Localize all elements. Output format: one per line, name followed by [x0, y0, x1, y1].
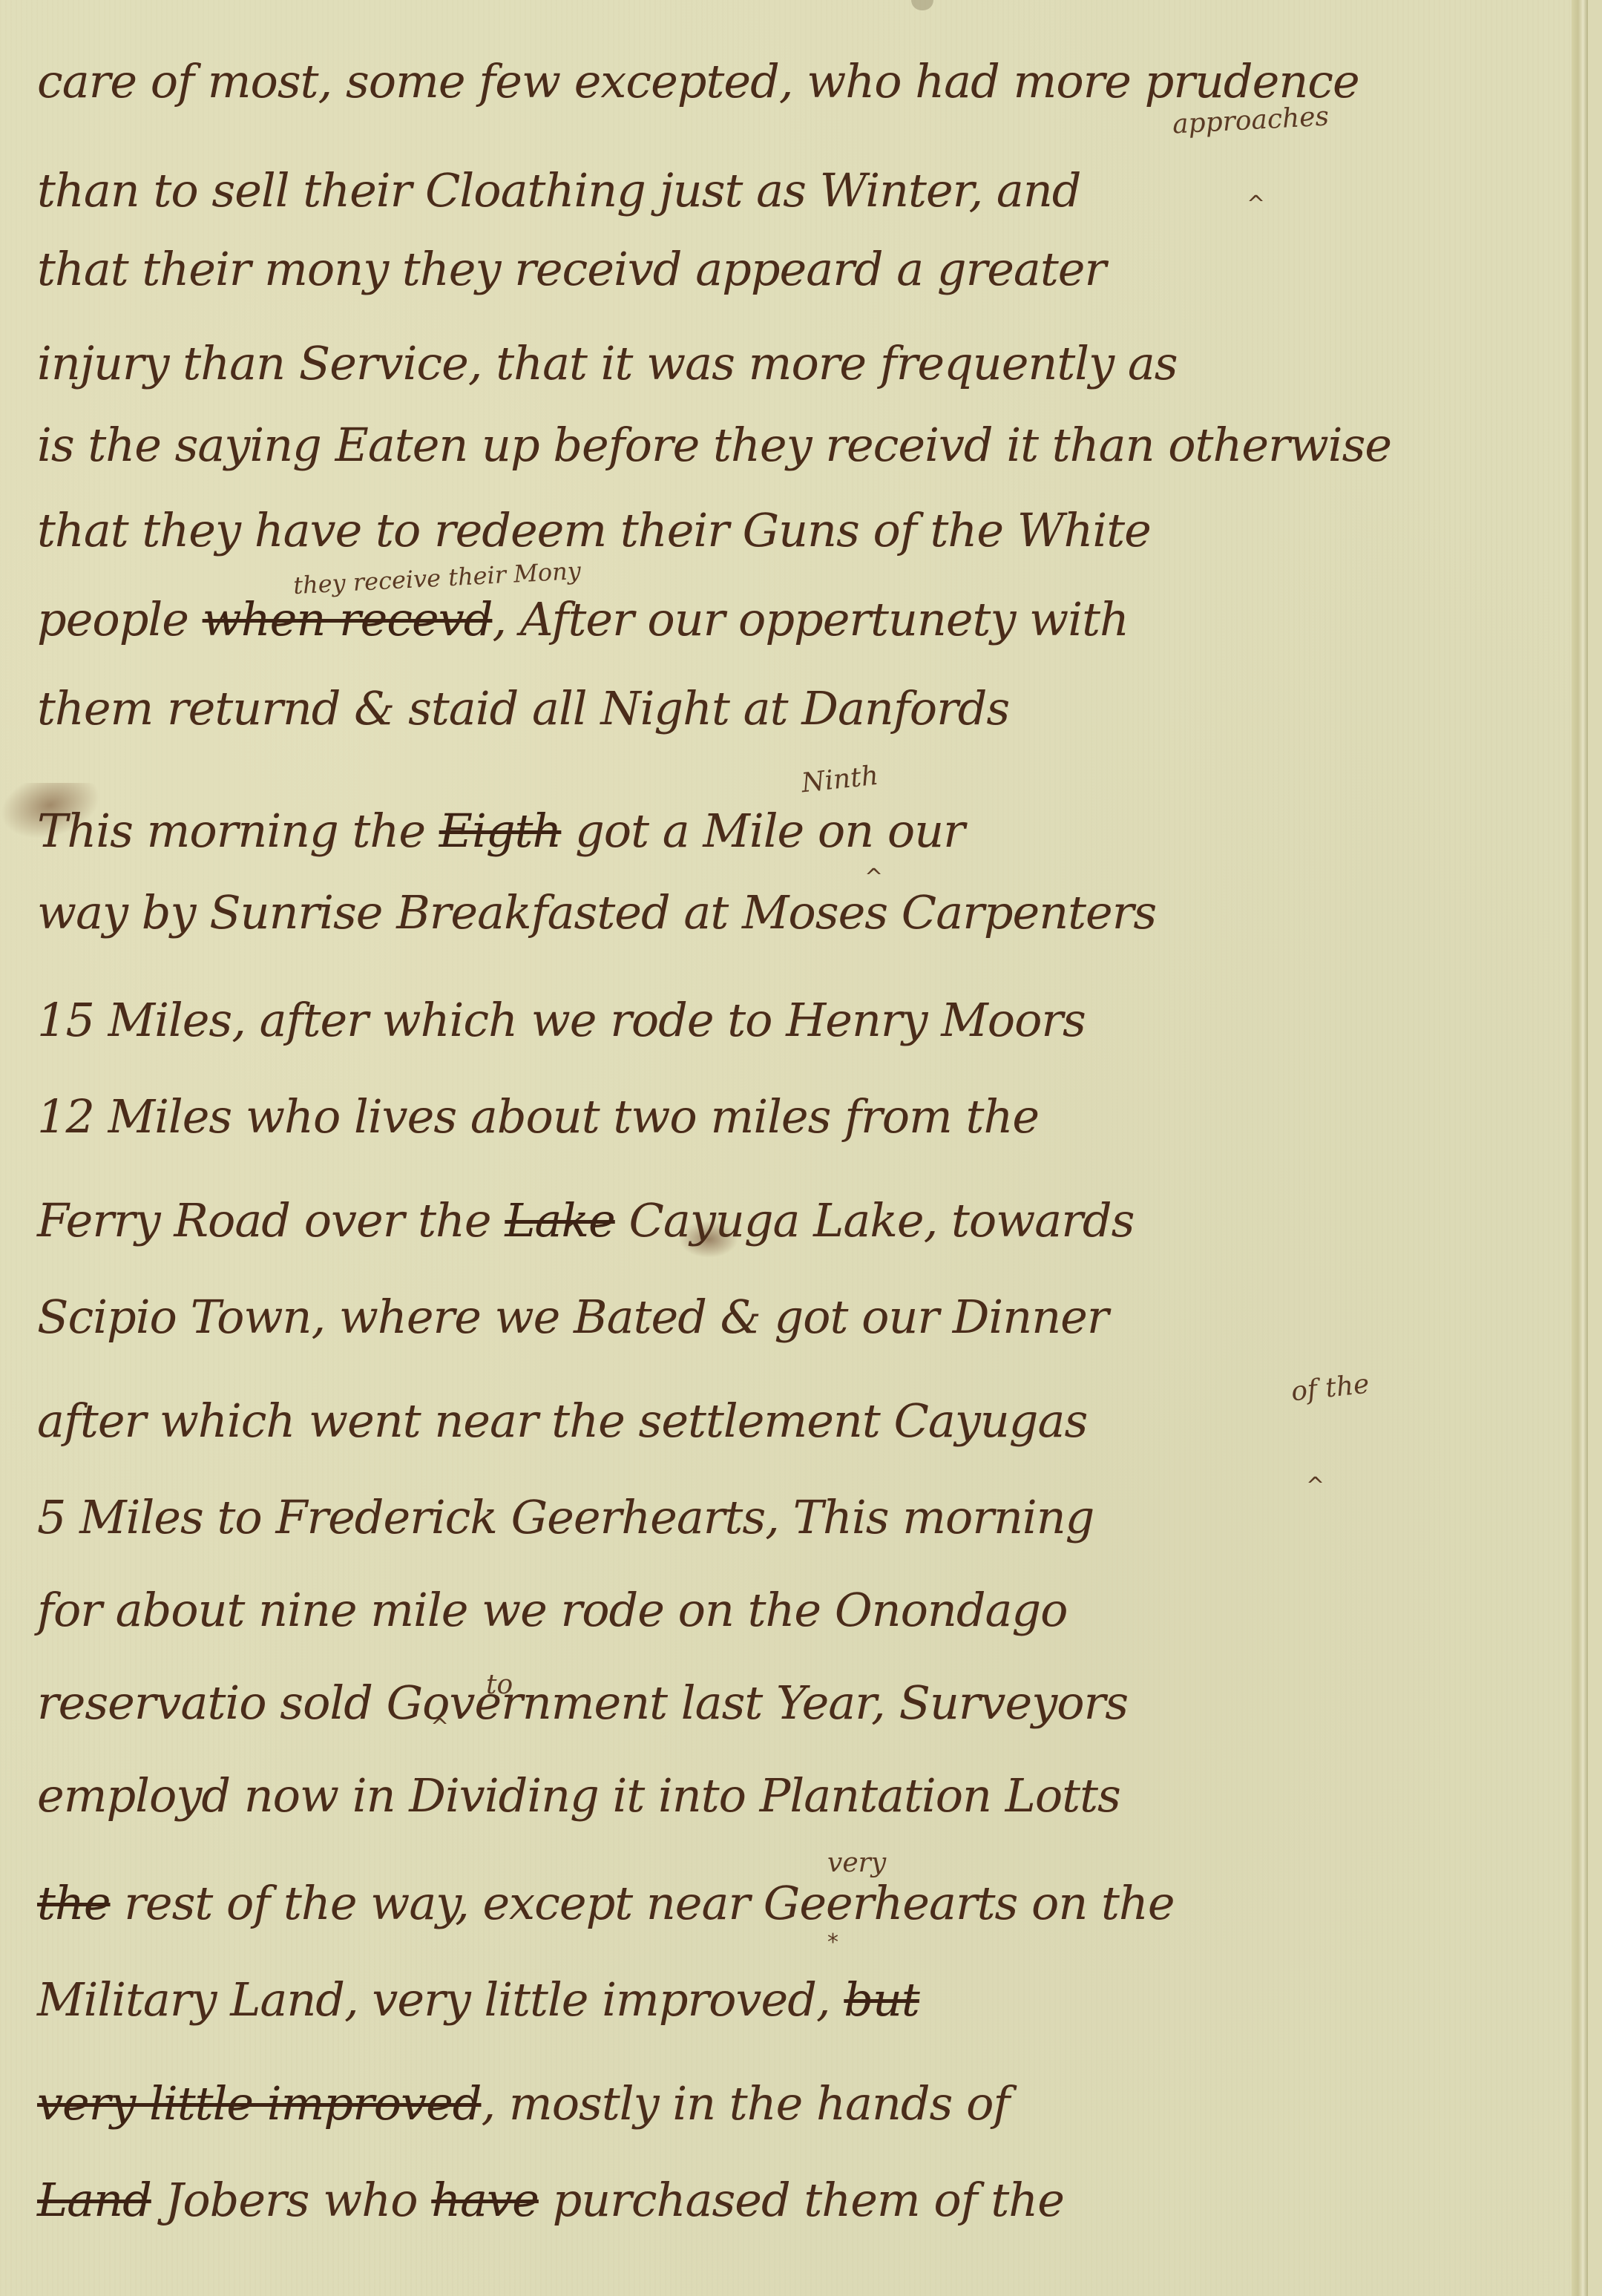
- manuscript-line-21: Military Land, very little improved, but: [37, 1974, 1566, 2026]
- struck-text: Land: [37, 2173, 151, 2227]
- manuscript-line-2: than to sell their Cloathing just as Win…: [37, 165, 1566, 217]
- manuscript-page: approaches ^ they receive their Mony Nin…: [0, 0, 1588, 2296]
- manuscript-line-23: Land Jobers who have purchased them of t…: [37, 2174, 1566, 2226]
- manuscript-line-7: people when recevd, After our oppertunet…: [37, 594, 1566, 646]
- manuscript-line-6: that they have to redeem their Guns of t…: [37, 505, 1566, 557]
- struck-text: very little improved: [37, 2076, 482, 2131]
- manuscript-line-1: care of most, some few excepted, who had…: [37, 56, 1566, 108]
- manuscript-line-17: for about nine mile we rode on the Onond…: [37, 1584, 1566, 1636]
- manuscript-line-18: reservatio sold Government last Year, Su…: [37, 1677, 1566, 1729]
- manuscript-line-12: 12 Miles who lives about two miles from …: [37, 1091, 1566, 1143]
- insertion-ninth: Ninth: [800, 761, 880, 799]
- paper-blemish: [911, 0, 933, 10]
- manuscript-line-11: 15 Miles, after which we rode to Henry M…: [37, 994, 1566, 1046]
- manuscript-line-10: way by Sunrise Breakfasted at Moses Carp…: [37, 887, 1566, 939]
- manuscript-line-15: after which went near the settlement Cay…: [37, 1395, 1566, 1447]
- struck-text: but: [844, 1972, 919, 2027]
- page-edge: [1572, 0, 1588, 2296]
- manuscript-line-3: that their mony they receivd appeard a g…: [37, 243, 1566, 295]
- manuscript-line-14: Scipio Town, where we Bated & got our Di…: [37, 1291, 1566, 1343]
- manuscript-line-16: 5 Miles to Frederick Geerhearts, This mo…: [37, 1492, 1566, 1544]
- manuscript-line-9: This morning the Eigth got a Mile on our: [37, 805, 1566, 857]
- insertion-very: very: [827, 1848, 886, 1878]
- struck-text: Eigth: [439, 804, 562, 858]
- caret-mark: *: [827, 1929, 838, 1955]
- manuscript-line-13: Ferry Road over the Lake Cayuga Lake, to…: [37, 1195, 1566, 1247]
- manuscript-line-22: very little improved, mostly in the hand…: [37, 2078, 1566, 2130]
- manuscript-line-19: employd now in Dividing it into Plantati…: [37, 1770, 1566, 1822]
- struck-text: when recevd: [203, 592, 493, 646]
- manuscript-line-5: is the saying Eaten up before they recei…: [37, 419, 1566, 471]
- struck-text: have: [431, 2173, 539, 2227]
- manuscript-line-8: them returnd & staid all Night at Danfor…: [37, 683, 1566, 735]
- manuscript-line-4: injury than Service, that it was more fr…: [37, 338, 1566, 390]
- struck-text: the: [37, 1876, 111, 1930]
- struck-text: Lake: [505, 1193, 614, 1247]
- manuscript-line-20: the rest of the way, except near Geerhea…: [37, 1877, 1566, 1929]
